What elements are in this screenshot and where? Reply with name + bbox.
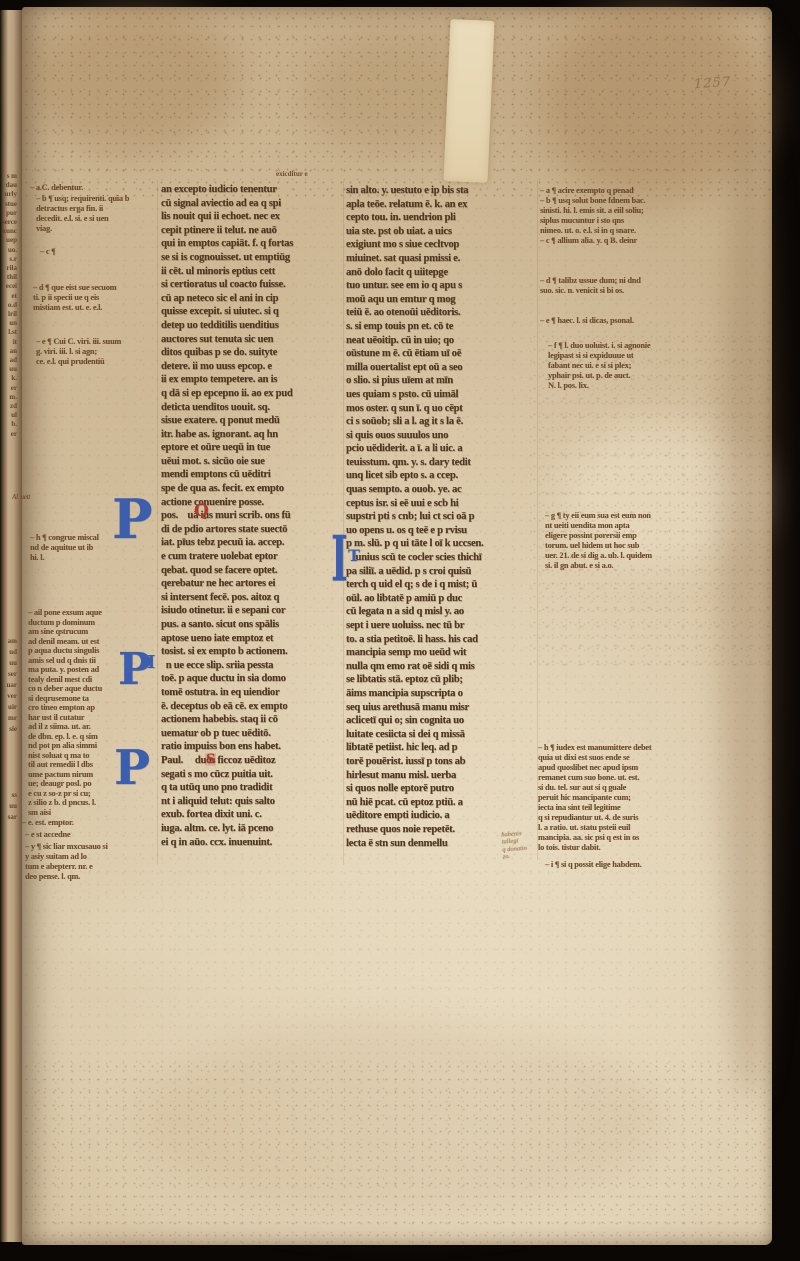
text-line: rila	[0, 264, 17, 273]
text-line: uēui mot. s. sicūo oie sue	[161, 455, 341, 469]
text-line: unius scū te cocler scies thichī	[346, 551, 536, 565]
text-line: apla teōe. relatum ē. k. an ex	[346, 198, 536, 212]
text-line: – e st accedne	[25, 830, 70, 840]
text-line: libtatē petiist. hic leq. ad p	[346, 741, 536, 755]
text-line: ii ex empto tempetere. an is	[161, 373, 341, 387]
text-line: ei q in aūo. ccx. inuenuint.	[161, 836, 341, 850]
text-line: cū ap neteco sic el ani in cip	[161, 292, 341, 306]
illuminated-initial-P: P	[114, 744, 150, 792]
text-line: milla ouertalist ept oū a seo	[346, 361, 536, 375]
text-line: supstri pti s cnb; lui ct sci oā p	[346, 510, 536, 524]
text-line: ma puta. y. posten ad	[28, 665, 102, 675]
text-line: siplus mucuntur i sto qns	[540, 216, 645, 226]
text-line: cepit ptinere ii telut. ne auō	[161, 224, 341, 238]
margin-gloss: – d ¶ talibz ussue dum; ni dndsuo. sic. …	[540, 276, 641, 296]
margin-gloss: – e ¶ haec. l. si dicas, psonal.	[540, 316, 634, 326]
text-line: pur	[0, 209, 17, 218]
text-line: ue; deaugr posl. po	[28, 779, 102, 789]
text-line: iuga. altm. ce. lyt. iā pceno	[161, 822, 341, 836]
text-line: hi. l.	[30, 553, 99, 563]
text-line: co n deber aque ductu	[28, 684, 102, 694]
margin-gloss: – f ¶ l. duo uoluist. i. si agnonielegip…	[548, 341, 650, 391]
margin-gloss: – h ¶ congrue miscalnd de aquitue ut ibh…	[30, 533, 99, 563]
text-line: – ail pone exsum aque	[28, 608, 102, 618]
text-line: lis nouit qui ii echoet. nec ex	[161, 210, 341, 224]
text-line: zd	[0, 402, 17, 411]
text-line: lril	[0, 310, 17, 319]
text-line: uep	[0, 236, 17, 245]
text-line: moū aqu un emtur q mog	[346, 293, 536, 307]
text-line: si certioratus ul coacto fuisse.	[161, 278, 341, 292]
text-line: auctores sut tenuta sic uen	[161, 333, 341, 347]
text-line: apud quoslibet nec apud ipsm	[538, 763, 651, 773]
illuminated-initial-P: P	[112, 492, 153, 546]
text-line: – c ¶ allium alia. y. q B. deinr	[540, 236, 645, 246]
parchment-patch	[443, 19, 494, 183]
text-line: tum e abepterr. nr. e	[25, 862, 108, 872]
text-line: torum. uel hidem ut hoc sub	[545, 541, 652, 551]
text-line: uar	[0, 680, 17, 691]
text-line: q si repudiantur ut. 4. de suris	[538, 813, 651, 823]
text-line: un	[0, 319, 17, 328]
text-line: Al. uett	[12, 494, 30, 502]
text-line: iat. pīus tebz pecuū ia. accep.	[161, 536, 341, 550]
text-line: ii cēt. ul minoris eptius cett	[161, 265, 341, 279]
text-line: ad	[0, 356, 17, 365]
text-line: b.	[0, 420, 17, 429]
spine-text-fragments: amuduuseruarveruirmrsie	[0, 636, 17, 735]
text-line: se si is cognouisset. ut emptiūg	[161, 251, 341, 265]
text-line: – b ¶ usq; requirenti. quia b	[36, 194, 129, 204]
text-line: teuisstum. qm. y. s. dary tedit	[346, 456, 536, 470]
text-line: tomē ostutra. in eq uiendior	[161, 686, 341, 700]
text-line: uu	[0, 365, 17, 374]
text-line: quas sempto. a ouob. ye. ac	[346, 483, 536, 497]
text-line: detep uo tedditilis uenditius	[161, 319, 341, 333]
text-line: p aqua ductu singulis	[28, 646, 102, 656]
text-line: actionem habebis. staq ii cō	[161, 713, 341, 727]
text-line: quisse excepit. si uiutec. si q	[161, 305, 341, 319]
text-line: e cu z so-z pr si cu;	[28, 789, 102, 799]
text-line: z silio z b. d pncus. l.	[28, 798, 102, 808]
text-line: it	[0, 338, 17, 347]
text-line: legipast si si expiduuue ut	[548, 351, 650, 361]
text-line: o slio. si pius uīem at mīn	[346, 374, 536, 388]
text-line: – e ¶ haec. l. si dicas, psonal.	[540, 316, 634, 326]
text-line: to. a stia petitoē. li hass. his cad	[346, 633, 536, 647]
text-line: nt ueiti uendita mon apta	[545, 521, 652, 531]
text-line: uu	[0, 658, 17, 669]
text-line: cepto tou. in. uendrion pli	[346, 211, 536, 225]
text-line: n ue ecce slip. sriia pessta	[161, 659, 341, 673]
text-line: exub. fortea dixit uni. c.	[161, 808, 341, 822]
text-line: urly	[0, 190, 17, 199]
text-line: cū legata n a sid q misl y. ao	[346, 605, 536, 619]
text-line: an excepto iudicio tenentur	[161, 183, 341, 197]
text-line: er	[0, 384, 17, 393]
text-line: ci s soūob; sli a l. ag it s la ē.	[346, 415, 536, 429]
margin-gloss: – a.C. debentur.	[30, 183, 83, 193]
text-line: – i ¶ si q possit elige habdem.	[545, 860, 641, 870]
text-line: – h ¶ congrue miscal	[30, 533, 99, 543]
text-line: si quis ouos suuulos uno	[346, 429, 536, 443]
text-line: l. a ratio. ut. statu psteii euil	[538, 823, 651, 833]
text-line: – g ¶ ty eii eum sua est eum non	[545, 511, 652, 521]
text-line: y asiy suitam ad lo	[25, 852, 108, 862]
text-line: sin alto. y. uestuto e ip bis sta	[346, 184, 536, 198]
text-line: exigiunt mo s siue cecltvop	[346, 238, 536, 252]
text-line: Paul. duos ficcoz uēditoz	[161, 754, 341, 768]
text-line: nist soluat q ma to	[28, 751, 102, 761]
text-line: – b ¶ usq solut bone fdnem bac.	[540, 196, 645, 206]
margin-gloss: – h ¶ iudex est manumittere debetquia ut…	[538, 743, 651, 853]
text-line: yphair psi. ut. p. de auct.	[548, 371, 650, 381]
text-line: viag.	[36, 224, 129, 234]
text-line: p m. slū. p q ui tāte l oī k uccsen.	[346, 537, 536, 551]
text-line: N. l. pos. lix.	[548, 381, 650, 391]
text-line: stue	[0, 200, 17, 209]
text-line: segati s mo cūcz puitia uit.	[161, 768, 341, 782]
text-line: uo.	[0, 246, 17, 255]
text-line: nt i aliquid telut: quis salto	[161, 795, 341, 809]
text-line: s m	[0, 172, 17, 181]
text-line: til aut remedii l dbs	[28, 760, 102, 770]
text-line: q ta utūq uno pno tradidit	[161, 781, 341, 795]
text-line: itr. habe as. ignorant. aq hn	[161, 428, 341, 442]
text-line: āims mancipia supscripta o	[346, 687, 536, 701]
text-line: ti. p ii specii ue q eis	[33, 293, 116, 303]
text-line: nd pot pn alia simmi	[28, 741, 102, 751]
text-line: eligere possint porersii emp	[545, 531, 652, 541]
text-line: decedit. e.l. si. e si uen	[36, 214, 129, 224]
rubricated-initial-S: S	[205, 753, 216, 766]
text-line: uematur ob p tuec uēditō.	[161, 727, 341, 741]
margin-gloss: – e st accedne	[25, 830, 70, 840]
text-line: peruit hic mancipante cum;	[538, 793, 651, 803]
text-line: mendi emptons cū uēditri	[161, 468, 341, 482]
text-line: ditos quibas p se do. suityte	[161, 346, 341, 360]
text-line: sept i uere uoluiss. nec tū br	[346, 619, 536, 633]
text-line: pcio uēdiderit. a ī. a li uic. a	[346, 442, 536, 456]
text-line: e cum tratere uolebat eptor	[161, 550, 341, 564]
spine-text-fragments: ssuusar	[0, 790, 17, 823]
text-line: oūstune m ē. cū ētiam uī oē	[346, 347, 536, 361]
text-line: thil	[0, 273, 17, 282]
text-line: teiū ē. ao otenoūi uēditoris.	[346, 306, 536, 320]
text-line: mancipia semp mo ueūd wit	[346, 646, 536, 660]
text-line: si quos nolle eptorē putro	[346, 782, 536, 796]
text-line: s. si emp touis pn et. cō te	[346, 320, 536, 334]
text-line: qerebatur ne hec artores ei	[161, 577, 341, 591]
text-line: ud	[0, 647, 17, 658]
text-line: ductum p dominum	[28, 618, 102, 628]
text-line: et	[0, 292, 17, 301]
text-line: quia ut dixi est suos ende se	[538, 753, 651, 763]
text-line: fabant nec ui. e si si plex;	[548, 361, 650, 371]
text-line: ver	[0, 691, 17, 702]
text-line: g. viri. iii. l. si agn;	[36, 347, 121, 357]
text-line: lo tois. tistur dabit.	[538, 843, 651, 853]
spine-text-fragments: s mdauurlystuepursercexuncuepuo.s.rrilat…	[0, 172, 17, 439]
text-line: – d ¶ talibz ussue dum; ni dnd	[540, 276, 641, 286]
interlinear-note: exicditur e	[276, 170, 308, 178]
margin-gloss: – e. est. emptor.	[22, 818, 74, 828]
text-line: – f ¶ l. duo uoluist. i. si agnonie	[548, 341, 650, 351]
text-line: pa siliī. a uēdid. p s croi quisū	[346, 565, 536, 579]
text-line: aclicetī qui o; sin cognita uo	[346, 714, 536, 728]
text-line: ceptus isr. si eē uui e scb hi	[346, 497, 536, 511]
text-line: anō dolo facit q uiitepge	[346, 266, 536, 280]
text-line: dau	[0, 181, 17, 190]
text-line: cro tineo empton ap	[28, 703, 102, 713]
text-line: mr	[0, 713, 17, 724]
manuscript-photo: s mdauurlystuepursercexuncuepuo.s.rrilat…	[0, 0, 800, 1261]
rubricated-initial-Q: Q	[194, 503, 209, 520]
text-line: hirlesut manu misl. uerba	[346, 769, 536, 783]
text-line: pus. a santo. sicut ons spālis	[161, 618, 341, 632]
text-line: q dā si ep epcepno ii. ao ex pud	[161, 387, 341, 401]
text-line: – a ¶ acire exempto q penad	[540, 186, 645, 196]
text-line: ume pactum nirum	[28, 770, 102, 780]
text-line: m.	[0, 393, 17, 402]
text-line: am sine qstrucum	[28, 627, 102, 637]
text-line: si du. tel. sur aut si q guale	[538, 783, 651, 793]
text-line: am	[0, 636, 17, 647]
text-line: mos oster. q sun ī. q uo cēpt	[346, 402, 536, 416]
text-line: oūl. ao libtatē p amiū p duc	[346, 592, 536, 606]
text-column-left: an excepto iudicio tenenturcū signal avi…	[161, 183, 341, 849]
text-line: uu	[0, 801, 17, 812]
text-column-right: sin alto. y. uestuto e ip bis staapla te…	[346, 184, 536, 850]
text-line: detere. ii mo uuss epcop. e	[161, 360, 341, 374]
text-line: de dbn. ep. l. e. q sim	[28, 732, 102, 742]
text-line: mancipia. aa. sic psi q est in os	[538, 833, 651, 843]
text-line: uēditore empti iudicio. a	[346, 809, 536, 823]
text-line: miuinet. sat quasi pmissi e.	[346, 252, 536, 266]
text-line: xunc	[0, 227, 17, 236]
text-line: sie	[0, 724, 17, 735]
illuminated-initial-I: I	[147, 654, 155, 672]
text-line: spe de qua as. fecit. ex empto	[161, 482, 341, 496]
margin-note: Al. uett	[12, 494, 30, 502]
text-line: sisue exatere. q ponut medū	[161, 414, 341, 428]
text-line: ē. deceptus ob eā cē. ex empto	[161, 700, 341, 714]
text-line: – y ¶ sic liar mxcusauo si	[25, 842, 108, 852]
text-line: pos. uā ius muri scrib. ons fū	[161, 509, 341, 523]
text-line: nulla qm emo rat oē sidi q mis	[346, 660, 536, 674]
text-line: neat uēoitip. cū in uio; qo	[346, 334, 536, 348]
text-line: – d ¶ que eist sue secuom	[33, 283, 116, 293]
text-line: tealy denil mest cdi	[28, 675, 102, 685]
margin-gloss: – e ¶ Cui C. viri. iii. suumg. viri. iii…	[36, 337, 121, 367]
text-line: serce	[0, 218, 17, 227]
text-line: uo opens u. os q teē e p rvisu	[346, 524, 536, 538]
text-line: sar	[0, 812, 17, 823]
text-line: detractus erga fin. ii	[36, 204, 129, 214]
text-line: k.	[0, 374, 17, 383]
ruling-line	[157, 180, 158, 865]
text-line: amis sel ud q dnis tii	[28, 656, 102, 666]
text-line: sm aisi	[28, 808, 102, 818]
text-line: nimeo. ut. o. e.l. si in q snare.	[540, 226, 645, 236]
text-line: – a.C. debentur.	[30, 183, 83, 193]
text-line: terch q uid el q; s de i q mist; ū	[346, 578, 536, 592]
text-line: s.r	[0, 255, 17, 264]
text-line: toē. p aque ductu in sia domo	[161, 672, 341, 686]
text-line: se libtatis stā. eptoz cū plib;	[346, 673, 536, 687]
text-line: ce. e.l. qui prudentiū	[36, 357, 121, 367]
text-line: si. il gn abut. e si a.o.	[545, 561, 652, 571]
text-line: cū signal aviectio ad ea q spi	[161, 197, 341, 211]
text-line: qui in emptos capiāt. f. q fortas	[161, 237, 341, 251]
text-line: ad denil meam. ut est	[28, 637, 102, 647]
text-line: ues quiam s psto. cū uimāl	[346, 388, 536, 402]
margin-gloss: – a ¶ acire exempto q penad– b ¶ usq sol…	[540, 186, 645, 246]
margin-gloss: – b ¶ usq; requirenti. quia bdetractus e…	[36, 194, 129, 234]
text-line: – e ¶ Cui C. viri. iii. suum	[36, 337, 121, 347]
text-line: uer. 21. de si dig a. ub. l. quidem	[545, 551, 652, 561]
text-line: er	[0, 430, 17, 439]
text-line: isiudo otinetur. ii e sepani cor	[161, 604, 341, 618]
text-line: actione conuenire posse.	[161, 496, 341, 510]
text-line: suo. sic. n. venicit si bi os.	[540, 286, 641, 296]
text-line: uia ste. pst ob uiat. a uics	[346, 225, 536, 239]
text-line: si intersent fecē. pos. aitoz q	[161, 591, 341, 605]
text-line: har ust il cutatur	[28, 713, 102, 723]
text-line: – h ¶ iudex est manumittere debet	[538, 743, 651, 753]
text-line: ratio impuiss bon ens habet.	[161, 740, 341, 754]
text-line: tosist. si ex empto b actionem.	[161, 645, 341, 659]
text-line: mistiam est. ut. e. e.l.	[33, 303, 116, 313]
text-line: tuo untur. see em io q apu s	[346, 279, 536, 293]
text-line: sinisti. hi. l. emis sit. a eiil soliu;	[540, 206, 645, 216]
text-line: unq licet sib epto s. a ccep.	[346, 469, 536, 483]
text-line: nd de aquitue ut ib	[30, 543, 99, 553]
text-line: – c ¶	[40, 247, 55, 257]
text-line: ss	[0, 790, 17, 801]
text-line: ad il z siima. ut. ar.	[28, 722, 102, 732]
text-line: si deqrusemone ta	[28, 694, 102, 704]
margin-gloss: – g ¶ ty eii eum sua est eum nonnt ueiti…	[545, 511, 652, 571]
text-line: an	[0, 347, 17, 356]
folio-number: 1257	[694, 75, 732, 93]
text-line: torē pouērist. iussī p tons ab	[346, 755, 536, 769]
text-line: iecta ina sint teil legitime	[538, 803, 651, 813]
text-line: ser	[0, 669, 17, 680]
margin-gloss: – d ¶ que eist sue secuomti. p ii specii…	[33, 283, 116, 313]
text-line: di de pdio artores state suectō	[161, 523, 341, 537]
text-line: qebat. quod se facere optet.	[161, 564, 341, 578]
text-line: ul	[0, 411, 17, 420]
text-line: uir	[0, 702, 17, 713]
illuminated-initial-T: T	[348, 548, 360, 564]
margin-gloss: – i ¶ si q possit elige habdem.	[545, 860, 641, 870]
text-line: ecei	[0, 282, 17, 291]
cursive-corner-note: habenistallegiq donatiozo.	[501, 829, 547, 862]
text-line: deticta uenditos uouit. sq.	[161, 401, 341, 415]
margin-gloss: – ail pone exsum aqueductum p dominumam …	[28, 608, 102, 817]
text-line: – e. est. emptor.	[22, 818, 74, 828]
margin-gloss: – c ¶	[40, 247, 55, 257]
text-line: eptore et oūre ueqū in tue	[161, 441, 341, 455]
text-line: seq uius arethusā manu misr	[346, 701, 536, 715]
text-line: o.d	[0, 301, 17, 310]
illuminated-initial-I-tall: I	[331, 528, 348, 591]
text-line: nū hiē pcat. cū eptoz ptiū. a	[346, 796, 536, 810]
margin-gloss: – y ¶ sic liar mxcusauo siy asiy suitam …	[25, 842, 108, 882]
text-line: remanet cum suo bone. ut. est.	[538, 773, 651, 783]
text-line: luitate cesiicta si dei q missā	[346, 728, 536, 742]
text-line: aptose ueno iate emptoz et	[161, 632, 341, 646]
text-line: l.st	[0, 328, 17, 337]
text-line: deo pense. l. qm.	[25, 872, 108, 882]
